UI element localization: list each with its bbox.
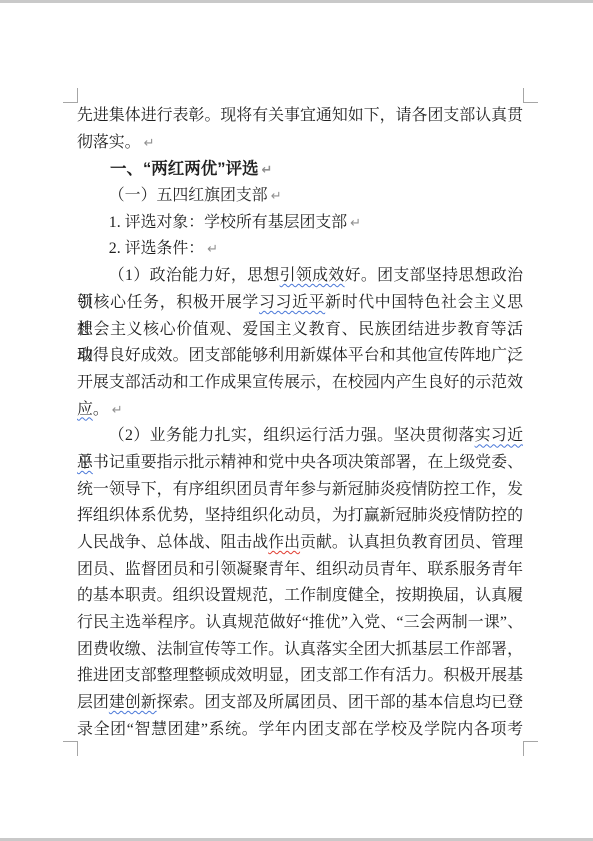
text-line-7[interactable]: （1）政治能力好，思想引领成效好。团支部坚持思想政治引 bbox=[77, 263, 523, 290]
text-line-21[interactable]: 团费收缴、法制宣传等工作。认真落实全团大抓基层工作部署， bbox=[77, 637, 523, 664]
text-run: 行民主选举程序。认真规范做好“推优”入党、“三会两制一课”、 bbox=[77, 614, 523, 631]
text-line-24[interactable]: 录全团“智慧团建”系统。学年内团支部在学校及学院内各项考 bbox=[77, 717, 523, 744]
text-run: 领核心任务，积极开展学 bbox=[77, 294, 259, 311]
text-line-11[interactable]: 开展支部活动和工作成果宣传展示，在校园内产生良好的示范效 bbox=[77, 370, 523, 397]
text-line-17[interactable]: 人民战争、总体战、阻击战作出贡献。认真担负教育团员、管理 bbox=[77, 530, 523, 557]
text-run: （1）政治能力好，思想 bbox=[109, 267, 280, 284]
paragraph-mark-icon: ↵ bbox=[271, 189, 282, 204]
text-line-13[interactable]: （2）业务能力扎实，组织运行活力强。坚决贯彻落实习近平 bbox=[77, 423, 523, 450]
text-run: 统一领导下，有序组织团员青年参与新冠肺炎疫情防控工作，发 bbox=[77, 481, 523, 498]
text-line-1[interactable]: 先进集体进行表彰。现将有关事宜通知如下，请各团支部认真贯 bbox=[77, 103, 523, 130]
text-run: 先进集体进行表彰。现将有关事宜通知如下，请各团支部认真贯 bbox=[77, 107, 523, 124]
spellcheck-blue-squiggle: 习习近平 bbox=[259, 294, 325, 311]
spellcheck-blue-squiggle: 建创新 bbox=[109, 694, 157, 711]
text-run: 彻落实。 bbox=[77, 134, 141, 151]
text-line-16[interactable]: 挥组织体系优势，坚持组织化动员，为打赢新冠肺炎疫情防控的 bbox=[77, 503, 523, 530]
text-run: 1. 评选对象：学校所有基层团支部 bbox=[109, 214, 347, 231]
crop-mark-bottom-left-icon bbox=[63, 741, 78, 756]
text-line-8[interactable]: 领核心任务，积极开展学习习近平新时代中国特色社会主义思想、 bbox=[77, 290, 523, 317]
spellcheck-blue-squiggle: 应 bbox=[77, 401, 93, 418]
text-line-9[interactable]: 社会主义核心价值观、爱国主义教育、民族团结进步教育等活动， bbox=[77, 317, 523, 344]
text-run: 团员、监督团员和引领凝聚青年、组织动员青年、联系服务青年 bbox=[77, 561, 523, 578]
text-line-12[interactable]: 应。↵ bbox=[77, 397, 523, 424]
text-line-19[interactable]: 的基本职责。组织设置规范，工作制度健全，按期换届，认真履 bbox=[77, 583, 523, 610]
crop-mark-top-right-icon bbox=[523, 88, 538, 103]
paragraph-mark-icon: ↵ bbox=[207, 242, 218, 257]
text-run: 人民战争、总体战、阻击战 bbox=[77, 534, 268, 551]
text-run: 推进团支部整理整顿成效明显，团支部工作有活力。积极开展基 bbox=[77, 667, 523, 684]
document-text-area[interactable]: 先进集体进行表彰。现将有关事宜通知如下，请各团支部认真贯彻落实。↵一、“两红两优… bbox=[77, 103, 523, 745]
document-page[interactable]: 先进集体进行表彰。现将有关事宜通知如下，请各团支部认真贯彻落实。↵一、“两红两优… bbox=[0, 3, 593, 838]
text-line-4[interactable]: （一）五四红旗团支部↵ bbox=[77, 183, 523, 210]
text-run: 。 bbox=[93, 401, 109, 418]
spellcheck-red-squiggle: 作出 bbox=[268, 534, 300, 551]
text-run: 开展支部活动和工作成果宣传展示，在校园内产生良好的示范效 bbox=[77, 374, 523, 391]
text-run: 探索。团支部及所属团员、团干部的基本信息均已登 bbox=[157, 694, 523, 711]
text-run: 贡献。认真担负教育团员、管理 bbox=[300, 534, 523, 551]
text-run: （一）五四红旗团支部 bbox=[109, 187, 268, 204]
text-line-14[interactable]: 总书记重要指示批示精神和党中央各项决策部署，在上级党委、 bbox=[77, 450, 523, 477]
text-line-23[interactable]: 层团建创新探索。团支部及所属团员、团干部的基本信息均已登 bbox=[77, 690, 523, 717]
text-line-6[interactable]: 2. 评选条件：↵ bbox=[77, 236, 523, 263]
text-run: 一、“两红两优”评选 bbox=[110, 160, 259, 178]
text-run: 总书记重要指示批示精神和党中央各项决策部署，在上级党委、 bbox=[77, 454, 523, 471]
text-line-2[interactable]: 彻落实。↵ bbox=[77, 130, 523, 157]
text-run: 录全团“智慧团建”系统。学年内团支部在学校及学院内各项考 bbox=[77, 721, 523, 738]
paragraph-mark-icon: ↵ bbox=[350, 216, 361, 231]
crop-mark-top-left-icon bbox=[63, 88, 78, 103]
text-run: 2. 评选条件： bbox=[109, 240, 204, 257]
text-run: 层团 bbox=[77, 694, 109, 711]
text-line-5[interactable]: 1. 评选对象：学校所有基层团支部↵ bbox=[77, 210, 523, 237]
text-line-10[interactable]: 取得良好成效。团支部能够利用新媒体平台和其他宣传阵地广泛 bbox=[77, 343, 523, 370]
text-line-20[interactable]: 行民主选举程序。认真规范做好“推优”入党、“三会两制一课”、 bbox=[77, 610, 523, 637]
spellcheck-blue-squiggle: 引领成效 bbox=[280, 267, 345, 284]
text-run: 取得良好成效。团支部能够利用新媒体平台和其他宣传阵地广泛 bbox=[77, 347, 523, 364]
paragraph-mark-icon: ↵ bbox=[112, 403, 123, 418]
text-run: 团费收缴、法制宣传等工作。认真落实全团大抓基层工作部署， bbox=[77, 641, 523, 658]
crop-mark-bottom-right-icon bbox=[523, 741, 538, 756]
paragraph-mark-icon: ↵ bbox=[262, 163, 273, 178]
text-line-15[interactable]: 统一领导下，有序组织团员青年参与新冠肺炎疫情防控工作，发 bbox=[77, 477, 523, 504]
text-line-18[interactable]: 团员、监督团员和引领凝聚青年、组织动员青年、联系服务青年 bbox=[77, 557, 523, 584]
text-line-22[interactable]: 推进团支部整理整顿成效明显，团支部工作有活力。积极开展基 bbox=[77, 663, 523, 690]
text-run: （2）业务能力扎实，组织运行活力强。坚决贯彻落 bbox=[109, 427, 475, 444]
text-line-3[interactable]: 一、“两红两优”评选↵ bbox=[77, 156, 523, 183]
paragraph-mark-icon: ↵ bbox=[144, 136, 155, 151]
text-run: 的基本职责。组织设置规范，工作制度健全，按期换届，认真履 bbox=[77, 587, 523, 604]
text-run: 挥组织体系优势，坚持组织化动员，为打赢新冠肺炎疫情防控的 bbox=[77, 507, 523, 524]
